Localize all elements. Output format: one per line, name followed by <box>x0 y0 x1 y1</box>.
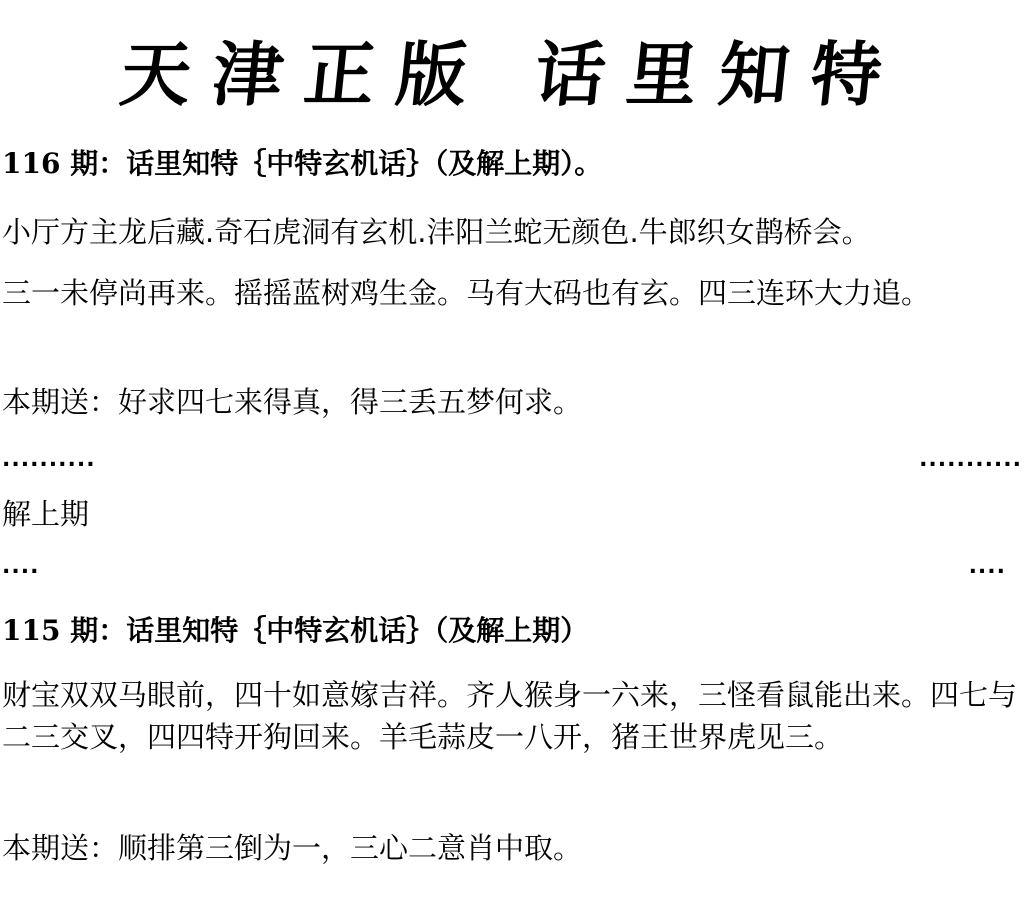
issue-115-bonus: 本期送：顺排第三倒为一，三心二意肖中取。 <box>2 828 1024 868</box>
separator-dots-right: ........... <box>919 450 1022 470</box>
separator-dots-left: .......... <box>2 450 96 470</box>
issue-116-heading: 116 期：话里知特｛中特玄机话｝（及解上期）。 <box>2 144 1024 184</box>
issue-116-verse-line-2: 三一未停尚再来。摇摇蓝树鸡生金。马有大码也有玄。四三连环大力追。 <box>2 272 1024 314</box>
issue-116-bonus: 本期送：好求四七来得真，得三丢五梦何求。 <box>2 382 1024 422</box>
issue-116-verse-line-1: 小厅方主龙后藏.奇石虎洞有玄机.沣阳兰蛇无颜色.牛郎织女鹊桥会。 <box>2 212 1024 252</box>
previous-issue-label: 解上期 <box>2 494 1024 534</box>
page-title: 天津正版 话里知特 <box>0 30 1024 120</box>
issue-115-verse: 财宝双双马眼前，四十如意嫁吉祥。齐人猴身一六来，三怪看鼠能出来。四七与二三交叉，… <box>2 674 1024 758</box>
separator-dots-left-short: .... <box>2 557 39 577</box>
separator-dots-right-short: .... <box>969 557 1006 577</box>
issue-115-heading: 115 期：话里知特｛中特玄机话｝（及解上期） <box>2 611 1024 651</box>
